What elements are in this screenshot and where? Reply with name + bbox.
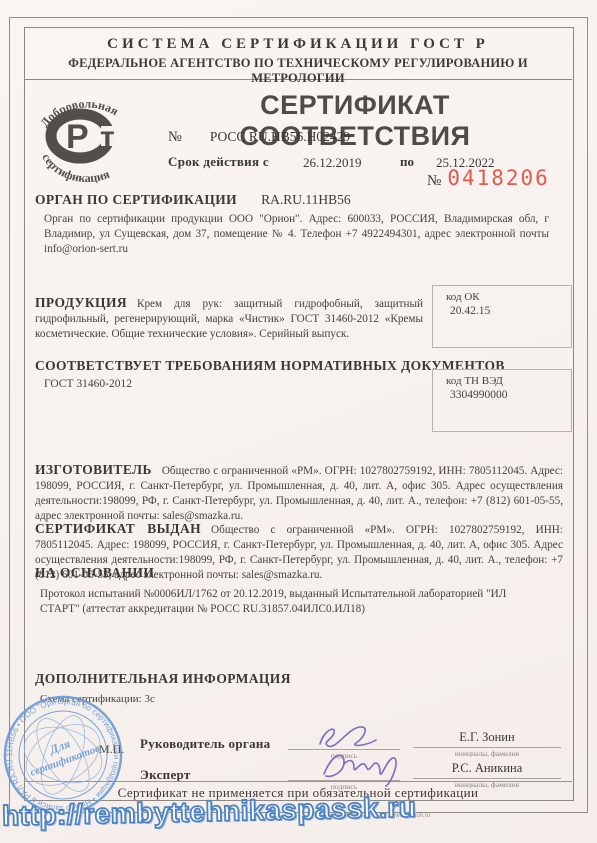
number-sign: №	[168, 129, 182, 145]
name-cell: Е.Г. Зонин инициалы, фамилия	[413, 730, 561, 758]
tnved-code-value: 3304990000	[450, 389, 571, 401]
basis-text: Протокол испытаний №0006ИЛ/1762 от 20.12…	[40, 587, 540, 617]
logo-letter-p: Р	[66, 118, 89, 156]
ok-code-label: код ОК	[446, 291, 571, 303]
tnved-code-label: код ТН ВЭД	[446, 375, 571, 387]
signer-name: Р.С. Аникина	[413, 761, 561, 779]
name-sublabel: инициалы, фамилия	[413, 749, 561, 758]
rst-quality-mark-icon: Добровольная сертификация Р т	[28, 84, 146, 184]
blank-number: 0418206	[447, 166, 550, 190]
certificate-number-row: №РОСС RU.НВ56.Н02429	[168, 129, 350, 146]
certification-body-text: Орган по сертификации продукции ООО "Ори…	[44, 212, 549, 256]
certificate-page: СИСТЕМА СЕРТИФИКАЦИИ ГОСТ Р ФЕДЕРАЛЬНОЕ …	[0, 0, 597, 843]
expert-signature-scribble-icon	[318, 748, 418, 788]
tnved-code-box: код ТН ВЭД 3304990000	[432, 369, 572, 432]
issued-to-heading: СЕРТИФИКАТ ВЫДАН	[35, 521, 201, 536]
manufacturer-heading: ИЗГОТОВИТЕЛЬ	[35, 462, 152, 477]
basis-section: НА ОСНОВАНИИ Протокол испытаний №0006ИЛ/…	[35, 565, 563, 617]
ok-code-box: код ОК 20.42.15	[432, 285, 572, 348]
blank-number-row: №0418206	[427, 166, 550, 190]
logo-letter-t: т	[100, 121, 115, 154]
basis-heading: НА ОСНОВАНИИ	[35, 565, 563, 581]
role-label: Руководитель органа	[140, 736, 270, 752]
ok-code-value: 20.42.15	[450, 305, 571, 317]
product-section: ПРОДУКЦИЯКрем для рук: защитный гидрофоб…	[35, 294, 423, 342]
manufacturer-section: ИЗГОТОВИТЕЛЬОбщество с ограниченной «РМ»…	[35, 461, 563, 524]
blank-number-sign: №	[427, 173, 441, 189]
system-title: СИСТЕМА СЕРТИФИКАЦИИ ГОСТ Р	[24, 36, 572, 53]
certification-body-reg-number: RA.RU.11НВ56	[261, 192, 351, 207]
certification-body-section: ОРГАН ПО СЕРТИФИКАЦИИRA.RU.11НВ56 Орган …	[35, 191, 555, 256]
certificate-number: РОСС RU.НВ56.Н02429	[210, 129, 350, 144]
valid-to-label: по	[400, 154, 414, 170]
valid-from-date: 26.12.2019	[303, 155, 362, 171]
additional-info-heading: ДОПОЛНИТЕЛЬНАЯ ИНФОРМАЦИЯ	[35, 671, 555, 687]
agency-title: ФЕДЕРАЛЬНОЕ АГЕНТСТВО ПО ТЕХНИЧЕСКОМУ РЕ…	[24, 56, 572, 86]
product-heading: ПРОДУКЦИЯ	[35, 295, 127, 310]
certification-body-heading: ОРГАН ПО СЕРТИФИКАЦИИ	[35, 192, 237, 207]
validity-label: Срок действия с	[168, 154, 269, 169]
validity-row: Срок действия с 26.12.2019 по 25.12.2022	[168, 154, 269, 170]
header-box: СИСТЕМА СЕРТИФИКАЦИИ ГОСТ Р ФЕДЕРАЛЬНОЕ …	[24, 27, 572, 80]
signer-name: Е.Г. Зонин	[413, 730, 561, 748]
stamp-place-label: М.П.	[99, 742, 124, 757]
